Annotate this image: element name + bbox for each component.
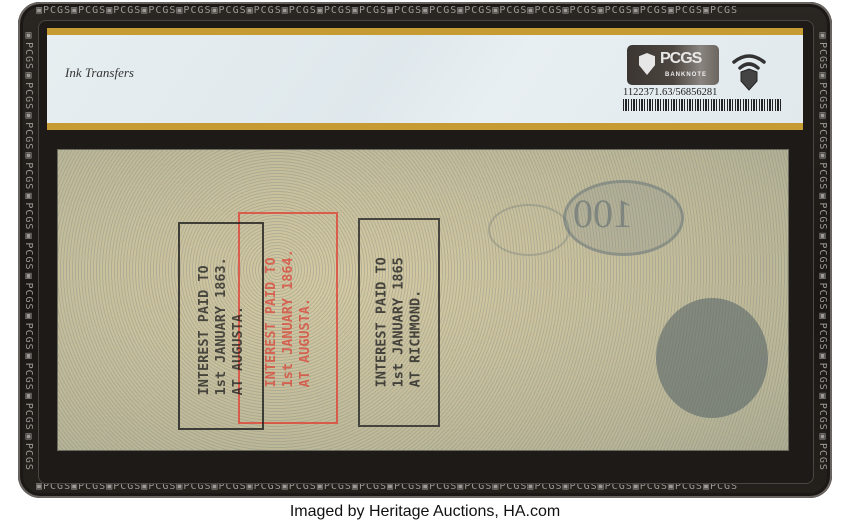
logo-subword: BANKNOTE <box>665 72 707 78</box>
stamp-line: AT AUGUSTA. <box>229 257 246 395</box>
stamp-line: INTEREST PAID TO <box>263 249 280 387</box>
shield-icon <box>639 53 655 75</box>
border-pattern-right: ▣PCGS▣PCGS▣PCGS▣PCGS▣PCGS▣PCGS▣PCGS▣PCGS… <box>814 30 828 470</box>
nfc-shield-icon <box>731 50 767 92</box>
stamp-line: 1st JANUARY 1863. <box>213 257 230 395</box>
border-pattern-top: ▣PCGS▣PCGS▣PCGS▣PCGS▣PCGS▣PCGS▣PCGS▣PCGS… <box>36 5 806 19</box>
label-comment: Ink Transfers <box>65 65 134 81</box>
interest-stamp-1865: INTEREST PAID TO 1st JANUARY 1865 AT RIC… <box>358 218 440 427</box>
stamp-line: AT RICHMOND. <box>407 257 424 387</box>
stamp-line: 1st JANUARY 1864. <box>280 249 297 387</box>
stamp-line: INTEREST PAID TO <box>374 257 391 387</box>
banknote-back: 100 INTEREST PAID TO 1st JANUARY 1864. A… <box>58 150 788 450</box>
pcgs-banknote-logo: PCGS BANKNOTE <box>627 45 719 85</box>
image-credit: Imaged by Heritage Auctions, HA.com <box>0 503 850 521</box>
interest-stamp-1863: INTEREST PAID TO 1st JANUARY 1863. AT AU… <box>178 222 264 430</box>
cert-number: 1122371.63/56856281 <box>623 87 717 98</box>
barcode <box>623 99 783 111</box>
stamp-line: INTEREST PAID TO <box>196 257 213 395</box>
slab-label: Ink Transfers PCGS BANKNOTE 1122371.63/5… <box>47 28 803 130</box>
denomination-transfer-text: 100 <box>573 190 633 237</box>
portrait-vignette-transfer <box>656 298 768 418</box>
border-pattern-left: ▣PCGS▣PCGS▣PCGS▣PCGS▣PCGS▣PCGS▣PCGS▣PCGS… <box>20 30 34 470</box>
stamp-line: 1st JANUARY 1865 <box>391 257 408 387</box>
logo-word: PCGS <box>660 50 701 68</box>
stamp-line: AT AUGUSTA. <box>296 249 313 387</box>
label-panel: Ink Transfers PCGS BANKNOTE 1122371.63/5… <box>47 35 803 123</box>
faint-oval-transfer <box>488 204 570 256</box>
